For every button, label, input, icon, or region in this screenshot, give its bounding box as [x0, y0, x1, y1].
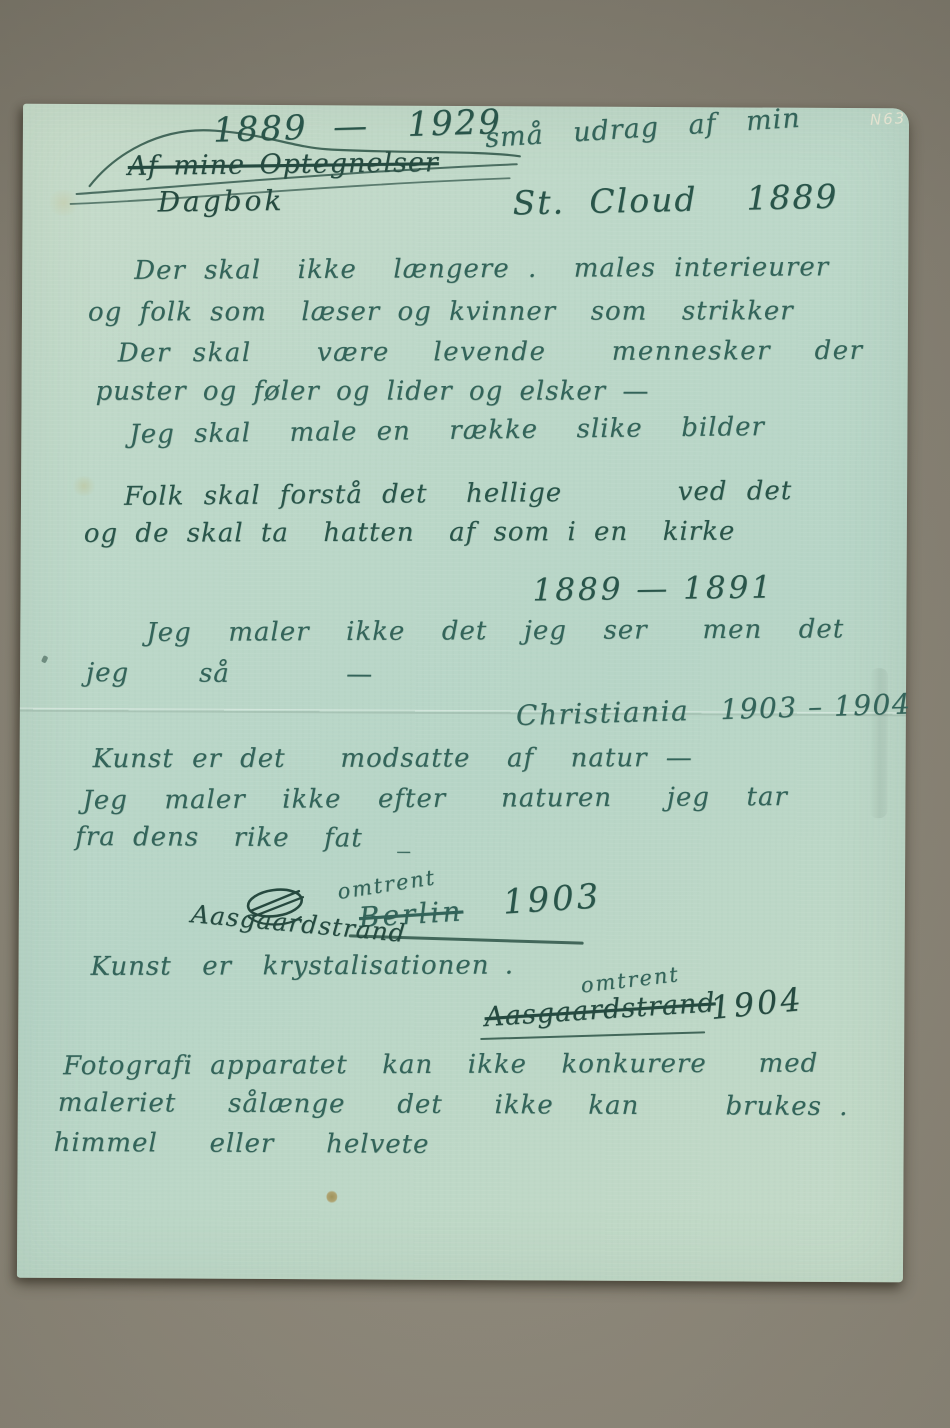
sacred-line-1: Folk skal forstå det hellige ved det: [124, 478, 792, 511]
art-nature-line-1: Kunst er det modsatte af natur —: [93, 745, 693, 773]
photo-mat-background: N63 1889 — 1929 små udrag af min Af mine…: [0, 0, 950, 1428]
manifesto-line-4: puster og føler og lider og elsker —: [96, 379, 650, 406]
struck-place-aasgaardstrand: Aasgaardstrand: [484, 989, 717, 1032]
heading-st-cloud: St. Cloud 1889: [512, 180, 839, 221]
photography-line-3: himmel eller helvete: [54, 1130, 430, 1159]
memory-line-2: jeg så —: [86, 660, 373, 689]
archive-number-label: N63: [870, 109, 907, 129]
art-nature-line-2: Jeg maler ikke efter naturen jeg tar: [82, 784, 788, 815]
heading-christiania: Christiania 1903 – 1904: [516, 689, 912, 730]
crossed-out-heading: Af mine Optegnelser: [128, 149, 439, 181]
stain-faint-top: [46, 190, 80, 216]
sacred-line-2: og de skal ta hatten af som i en kirke: [84, 519, 736, 549]
ink-fleck: [41, 655, 49, 663]
manifesto-line-5: Jeg skal male en række slike bilder: [129, 414, 765, 449]
title-subtitle: små udrag af min: [484, 105, 801, 154]
photography-line-2: maleriet sålænge det ikke kan brukes .: [58, 1090, 849, 1121]
manifesto-line-2: og folk som læser og kvinner som strikke…: [88, 298, 794, 327]
crystallization-line: Kunst er krystalisationen .: [91, 952, 515, 981]
title-years: 1889 — 1929: [212, 105, 502, 149]
diary-word: Dagbok: [157, 186, 284, 217]
year-1904: 1904: [709, 983, 805, 1026]
heading-1889-1891: 1889 — 1891: [532, 572, 774, 607]
manuscript-paper: 1889 — 1929 små udrag af min Af mine Opt…: [17, 104, 909, 1283]
manifesto-line-3: Der skal være levende mennesker der: [118, 338, 864, 368]
manifesto-line-1: Der skal ikke længere . males interieure…: [134, 254, 829, 285]
aasgaardstrand-underline: [480, 1031, 705, 1040]
year-1903: 1903: [502, 879, 603, 921]
stain-spot: [326, 1190, 337, 1203]
stain-faint-left: [71, 476, 97, 496]
photography-line-1: Fotografi apparatet kan ikke konkurere m…: [63, 1051, 818, 1081]
art-nature-line-3: fra dens rike fat _: [75, 824, 411, 853]
memory-line-1: Jeg maler ikke det jeg ser men det: [146, 616, 844, 647]
